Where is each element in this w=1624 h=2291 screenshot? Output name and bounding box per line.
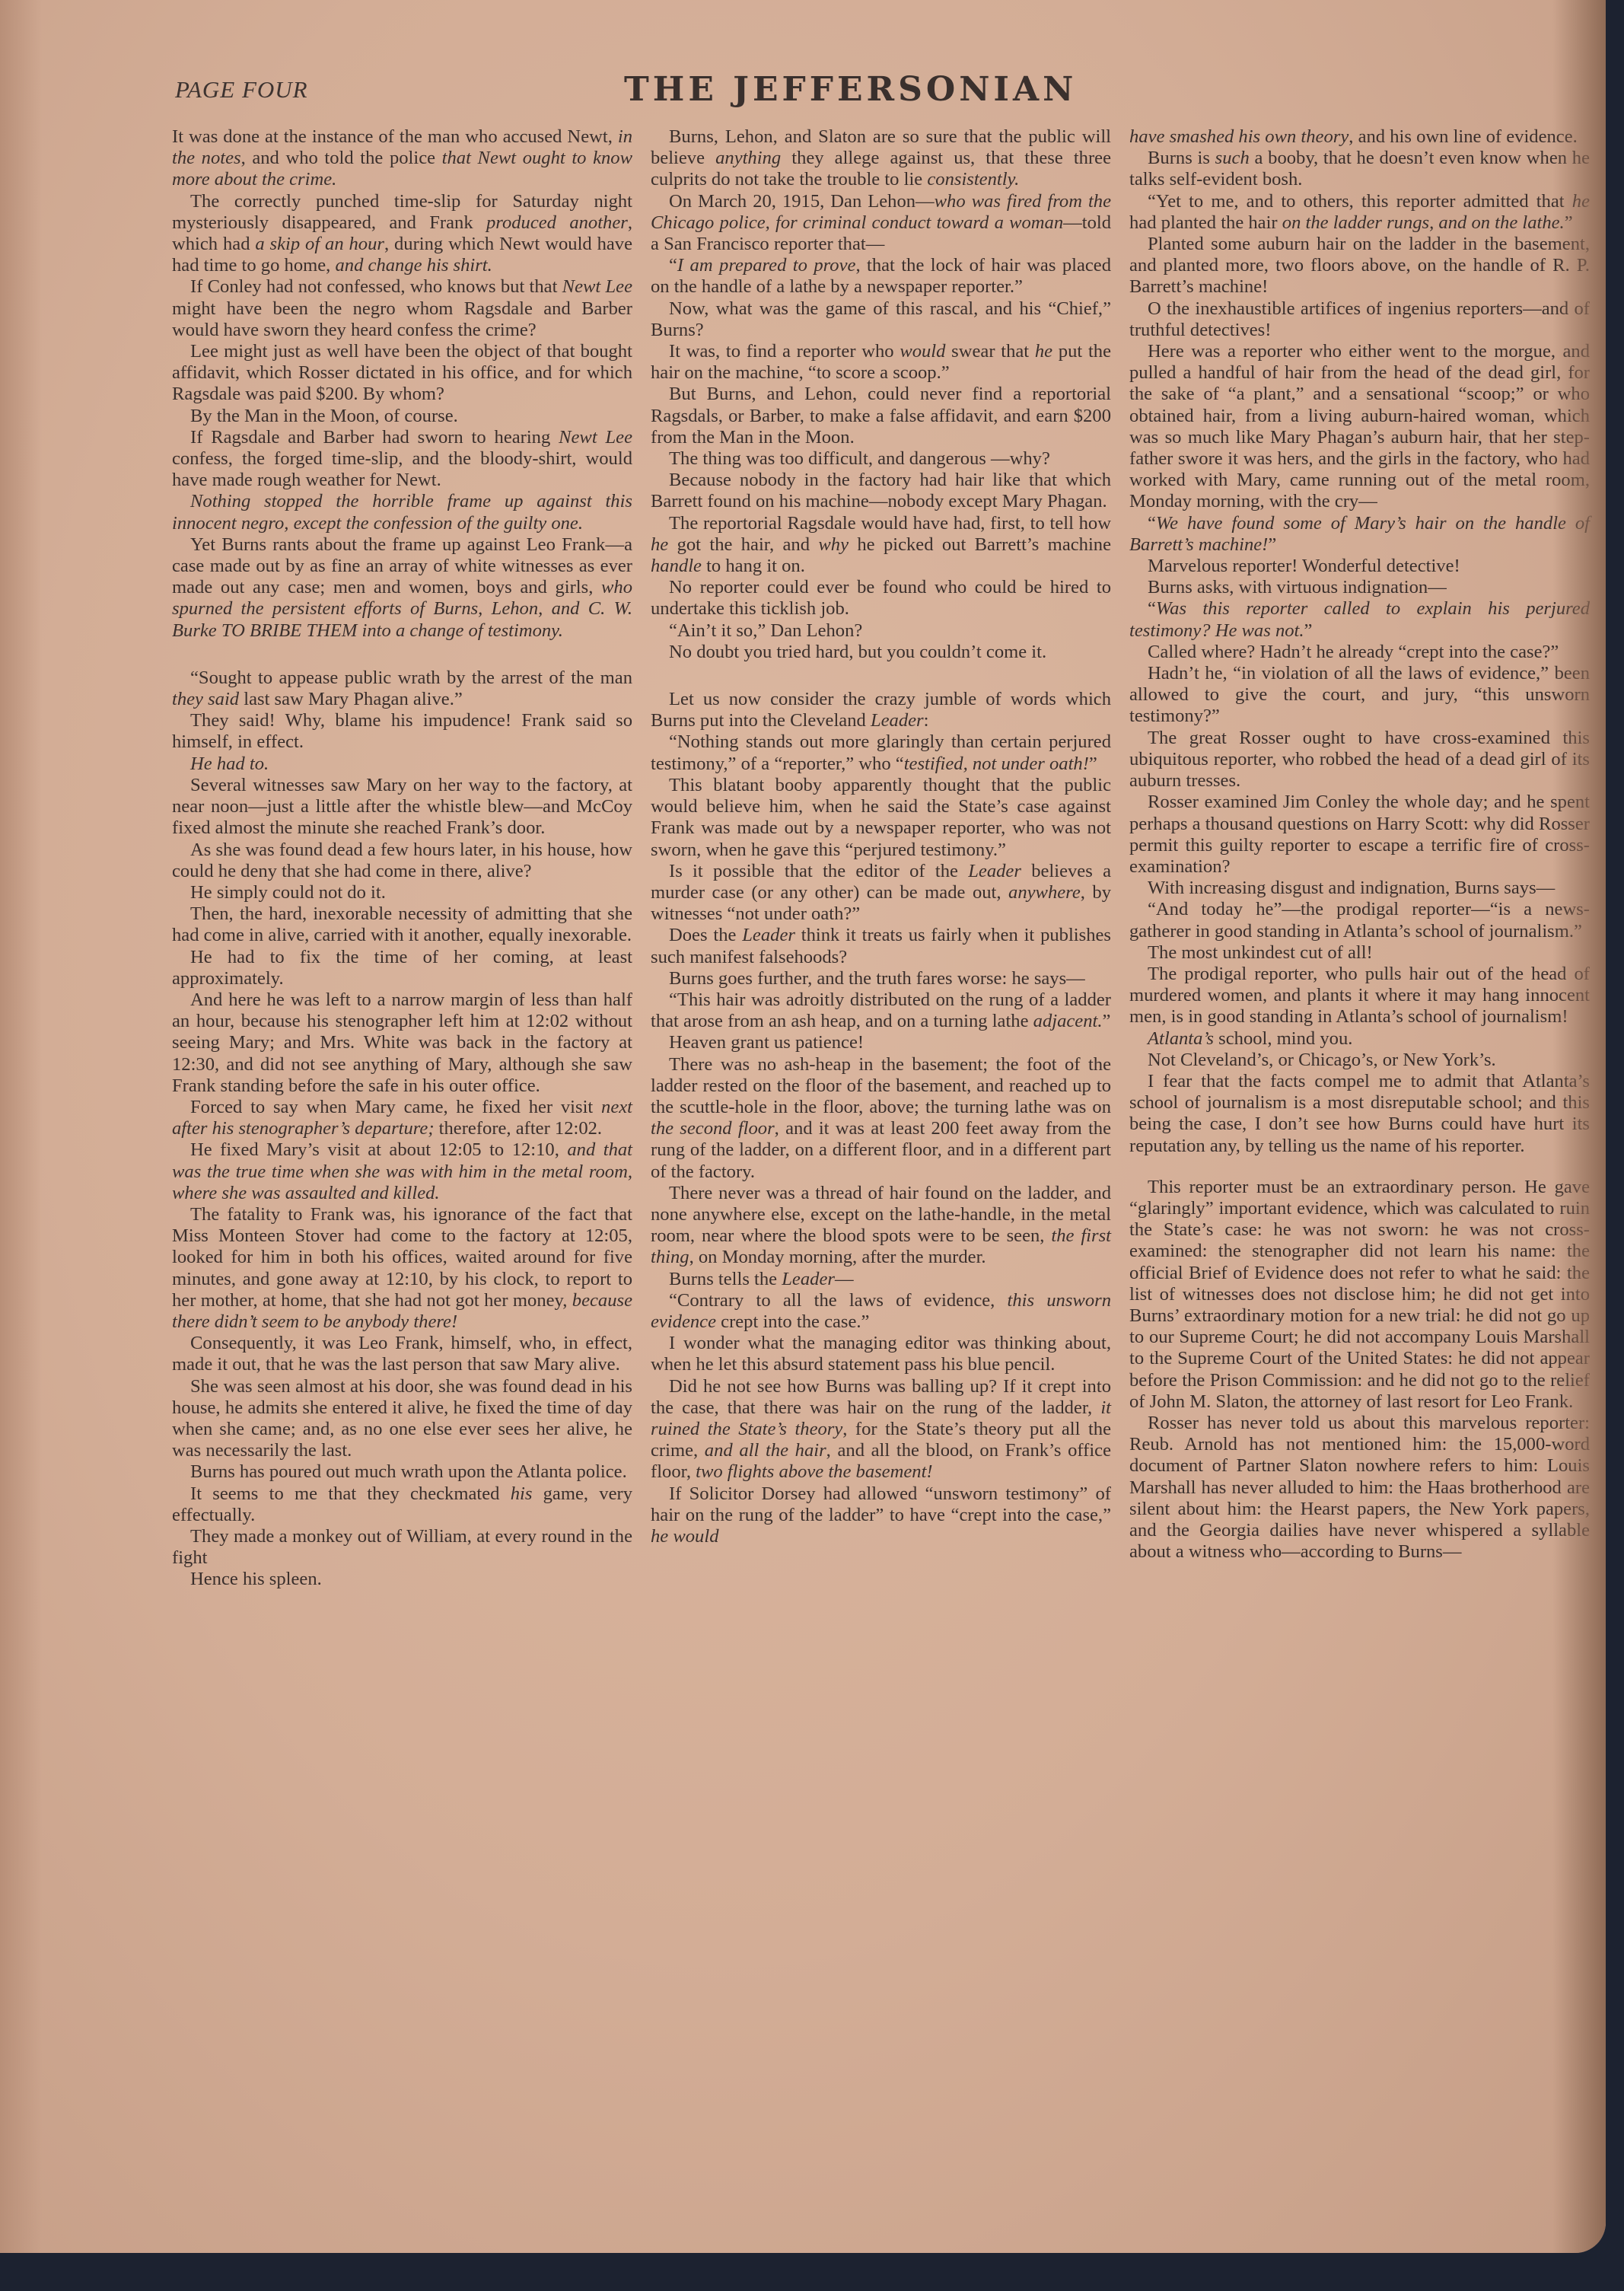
italic-text: Newt Lee bbox=[559, 427, 632, 448]
article-paragraph: He had to fix the time of her coming, at… bbox=[172, 947, 632, 989]
text-run: The fatality to Frank was, his ignorance… bbox=[172, 1204, 632, 1311]
article-paragraph: Because nobody in the factory had hair l… bbox=[651, 470, 1111, 512]
article-paragraph: “Yet to me, and to others, this reporter… bbox=[1129, 191, 1590, 234]
text-run: The great Rosser ought to have cross-exa… bbox=[1129, 728, 1590, 791]
italic-text: two flights above the basement! bbox=[696, 1461, 932, 1482]
article-paragraph: “Sought to appease public wrath by the a… bbox=[172, 668, 632, 710]
article-paragraph: They made a monkey out of William, at ev… bbox=[172, 1526, 632, 1569]
italic-text: the second floor bbox=[651, 1118, 775, 1139]
article-paragraph: Atlanta’s school, mind you. bbox=[1129, 1028, 1590, 1050]
article-paragraph: “Ain’t it so,” Dan Lehon? bbox=[651, 620, 1111, 642]
article-columns: It was done at the instance of the man w… bbox=[172, 126, 1603, 1591]
text-run: ” bbox=[1268, 534, 1276, 555]
article-paragraph: Did he not see how Burns was balling up?… bbox=[651, 1376, 1111, 1483]
text-run: On March 20, 1915, Dan Lehon— bbox=[669, 191, 935, 212]
italic-text: and all the hair bbox=[705, 1440, 826, 1461]
text-run: “Contrary to all the laws of evidence, bbox=[669, 1290, 1008, 1311]
article-paragraph: Yet Burns rants about the frame up again… bbox=[172, 534, 632, 642]
article-paragraph: She was seen almost at his door, she was… bbox=[172, 1376, 632, 1462]
italic-text: Leader bbox=[742, 925, 795, 945]
text-run: There was no ash-heap in the basement; t… bbox=[651, 1054, 1111, 1117]
text-run: It seems to me that they checkmated bbox=[190, 1483, 511, 1504]
text-run: last saw Mary Phagan alive.” bbox=[239, 689, 463, 709]
text-run: The prodigal reporter, who pulls hair ou… bbox=[1129, 964, 1590, 1027]
italic-text: produced another bbox=[486, 212, 628, 233]
text-run: Did he not see how Burns was balling up?… bbox=[651, 1376, 1111, 1418]
italic-text: such bbox=[1215, 148, 1250, 168]
text-run: Heaven grant us patience! bbox=[669, 1032, 864, 1053]
article-paragraph: Then, the hard, inexorable necessity of … bbox=[172, 903, 632, 946]
text-run: Is it possible that the editor of the bbox=[669, 861, 968, 881]
article-paragraph: Lee might just as well have been the obj… bbox=[172, 341, 632, 406]
text-run: , and who told the police bbox=[241, 148, 442, 168]
text-run: , on Monday morning, after the murder. bbox=[689, 1247, 986, 1267]
text-run: ” bbox=[1102, 1011, 1110, 1031]
italic-text: why bbox=[818, 534, 849, 555]
italic-text: and change his shirt. bbox=[335, 255, 492, 276]
text-run: “Ain’t it so,” Dan Lehon? bbox=[669, 620, 862, 641]
text-run: She was seen almost at his door, she was… bbox=[172, 1376, 632, 1461]
text-run: Forced to say when Mary came, he fixed h… bbox=[190, 1097, 601, 1117]
article-paragraph: The reportorial Ragsdale would have had,… bbox=[651, 513, 1111, 578]
masthead-title: THE JEFFERSONIAN bbox=[624, 70, 1077, 109]
newspaper-page: PAGE FOUR THE JEFFERSONIAN It was done a… bbox=[0, 0, 1606, 2253]
article-paragraph: Burns asks, with virtuous indignation— bbox=[1129, 577, 1590, 598]
text-run: Burns goes further, and the truth fares … bbox=[669, 968, 1085, 989]
article-paragraph: Now, what was the game of this rascal, a… bbox=[651, 298, 1111, 341]
article-paragraph: Marvelous reporter! Wonderful detective! bbox=[1129, 556, 1590, 577]
text-run: He had to fix the time of her coming, at… bbox=[172, 947, 632, 989]
article-paragraph: And here he was left to a narrow margin … bbox=[172, 989, 632, 1097]
text-run: Rosser has never told us about this marv… bbox=[1129, 1413, 1590, 1562]
text-run: I wonder what the managing editor was th… bbox=[651, 1333, 1111, 1375]
text-run: Burns is bbox=[1148, 148, 1215, 168]
italic-text: He had to. bbox=[190, 754, 269, 774]
text-run: If Solicitor Dorsey had allowed “unsworn… bbox=[651, 1483, 1111, 1525]
italic-text: Atlanta’s bbox=[1148, 1028, 1214, 1049]
text-run: Marvelous reporter! Wonderful detective! bbox=[1148, 556, 1460, 576]
text-run: Rosser examined Jim Conley the whole day… bbox=[1129, 792, 1590, 877]
italic-text: testified, not under oath! bbox=[904, 754, 1089, 774]
article-paragraph: Burns has poured out much wrath upon the… bbox=[172, 1461, 632, 1483]
article-paragraph: Rosser has never told us about this marv… bbox=[1129, 1413, 1590, 1563]
article-paragraph: “We have found some of Mary’s hair on th… bbox=[1129, 513, 1590, 556]
text-run: But Burns, and Lehon, could never find a… bbox=[651, 384, 1111, 447]
italic-text: adjacent. bbox=[1033, 1011, 1103, 1031]
article-paragraph: If Ragsdale and Barber had sworn to hear… bbox=[172, 427, 632, 492]
article-paragraph: have smashed his own theory, and his own… bbox=[1129, 126, 1590, 148]
text-run: He simply could not do it. bbox=[190, 882, 386, 903]
italic-text: a skip of an hour bbox=[255, 234, 384, 254]
column-3: have smashed his own theory, and his own… bbox=[1129, 126, 1590, 1591]
text-run: ” bbox=[1565, 212, 1573, 233]
italic-text: have smashed his own theory bbox=[1129, 126, 1349, 147]
text-run: therefore, after 12:02. bbox=[435, 1118, 603, 1139]
text-run: Hence his spleen. bbox=[190, 1569, 322, 1589]
article-paragraph: Not Cleveland’s, or Chicago’s, or New Yo… bbox=[1129, 1050, 1590, 1071]
italic-text: Leader bbox=[871, 710, 924, 731]
italic-text: he bbox=[1572, 191, 1590, 212]
italic-text: would bbox=[900, 341, 945, 362]
article-paragraph: There never was a thread of hair found o… bbox=[651, 1183, 1111, 1269]
text-run: As she was found dead a few hours later,… bbox=[172, 840, 632, 881]
article-paragraph: They said! Why, blame his impudence! Fra… bbox=[172, 710, 632, 753]
text-run: He fixed Mary’s visit at about 12:05 to … bbox=[190, 1139, 567, 1160]
article-paragraph: Forced to say when Mary came, he fixed h… bbox=[172, 1097, 632, 1139]
italic-text: I am prepared to prove bbox=[677, 255, 856, 276]
page-number-label: PAGE FOUR bbox=[175, 76, 308, 104]
article-paragraph: He fixed Mary’s visit at about 12:05 to … bbox=[172, 1139, 632, 1204]
text-run: No reporter could ever be found who coul… bbox=[651, 577, 1111, 619]
text-run: With increasing disgust and indignation,… bbox=[1148, 878, 1555, 898]
article-paragraph: Is it possible that the editor of the Le… bbox=[651, 861, 1111, 926]
article-paragraph: The fatality to Frank was, his ignorance… bbox=[172, 1204, 632, 1333]
text-run: “Yet to me, and to others, this reporter… bbox=[1148, 191, 1572, 212]
article-paragraph: Burns is such a booby, that he doesn’t e… bbox=[1129, 148, 1590, 190]
text-run: Yet Burns rants about the frame up again… bbox=[172, 534, 632, 597]
article-paragraph: Burns, Lehon, and Slaton are so sure tha… bbox=[651, 126, 1111, 191]
text-run: ” bbox=[1304, 620, 1313, 641]
text-run: “Sought to appease public wrath by the a… bbox=[190, 668, 632, 688]
article-paragraph: “Was this reporter called to explain his… bbox=[1129, 598, 1590, 641]
italic-text: anything bbox=[715, 148, 781, 168]
article-paragraph: “Contrary to all the laws of evidence, t… bbox=[651, 1290, 1111, 1333]
text-run: Burns tells the bbox=[669, 1269, 782, 1289]
italic-text: We have found some of Mary’s hair on the… bbox=[1129, 513, 1590, 555]
italic-text: Leader bbox=[968, 861, 1021, 881]
article-paragraph: This reporter must be an extraordinary p… bbox=[1129, 1177, 1590, 1413]
italic-text: consistently. bbox=[927, 169, 1019, 190]
text-run: They said! Why, blame his impudence! Fra… bbox=[172, 710, 632, 752]
article-paragraph: Nothing stopped the horrible frame up ag… bbox=[172, 491, 632, 534]
article-paragraph: As she was found dead a few hours later,… bbox=[172, 840, 632, 882]
text-run: By the Man in the Moon, of course. bbox=[190, 406, 458, 426]
text-run: Here was a reporter who either went to t… bbox=[1129, 341, 1590, 511]
article-paragraph: If Solicitor Dorsey had allowed “unsworn… bbox=[651, 1483, 1111, 1548]
text-run: This reporter must be an extraordinary p… bbox=[1129, 1177, 1590, 1412]
text-run: Burns has poured out much wrath upon the… bbox=[190, 1461, 627, 1482]
text-run: The most unkindest cut of all! bbox=[1148, 942, 1373, 963]
article-paragraph: Heaven grant us patience! bbox=[651, 1032, 1111, 1053]
article-paragraph: This blatant booby apparently thought th… bbox=[651, 775, 1111, 861]
article-paragraph: “I am prepared to prove, that the lock o… bbox=[651, 255, 1111, 298]
article-paragraph: I fear that the facts compel me to admit… bbox=[1129, 1071, 1590, 1157]
article-paragraph: With increasing disgust and indignation,… bbox=[1129, 878, 1590, 899]
italic-text: handle bbox=[651, 556, 702, 576]
italic-text: on the ladder rungs, and on the lathe. bbox=[1282, 212, 1565, 233]
article-paragraph: No doubt you tried hard, but you couldn’… bbox=[651, 642, 1111, 663]
text-run: swear that bbox=[945, 341, 1034, 362]
article-paragraph: Rosser examined Jim Conley the whole day… bbox=[1129, 792, 1590, 878]
article-paragraph: Several witnesses saw Mary on her way to… bbox=[172, 775, 632, 840]
italic-text: he bbox=[1035, 341, 1052, 362]
text-run: Planted some auburn hair on the ladder i… bbox=[1129, 234, 1590, 297]
article-paragraph: No reporter could ever be found who coul… bbox=[651, 577, 1111, 620]
article-paragraph: Planted some auburn hair on the ladder i… bbox=[1129, 234, 1590, 298]
text-run: No doubt you tried hard, but you couldn’… bbox=[669, 642, 1046, 662]
text-run: — bbox=[835, 1269, 854, 1289]
article-paragraph: “Nothing stands out more glaringly than … bbox=[651, 731, 1111, 774]
text-run: “ bbox=[669, 255, 677, 276]
text-run: might have been the negro whom Ragsdale … bbox=[172, 298, 632, 340]
text-run: Does the bbox=[669, 925, 742, 945]
article-paragraph: Called where? Hadn’t he already “crept i… bbox=[1129, 642, 1590, 663]
article-paragraph: Here was a reporter who either went to t… bbox=[1129, 341, 1590, 513]
italic-text: Leader bbox=[782, 1269, 835, 1289]
text-run: Not Cleveland’s, or Chicago’s, or New Yo… bbox=[1148, 1050, 1496, 1070]
article-paragraph: The thing was too difficult, and dangero… bbox=[651, 448, 1111, 470]
article-paragraph: He had to. bbox=[172, 754, 632, 775]
article-paragraph: I wonder what the managing editor was th… bbox=[651, 1333, 1111, 1375]
article-paragraph: Let us now consider the crazy jumble of … bbox=[651, 689, 1111, 731]
text-run: If Ragsdale and Barber had sworn to hear… bbox=[190, 427, 559, 448]
text-run: Consequently, it was Leo Frank, himself,… bbox=[172, 1333, 632, 1375]
page-header: PAGE FOUR THE JEFFERSONIAN bbox=[175, 70, 1545, 116]
text-run: got the hair, and bbox=[668, 534, 818, 555]
article-paragraph: The most unkindest cut of all! bbox=[1129, 942, 1590, 964]
text-run: to hang it on. bbox=[702, 556, 805, 576]
article-paragraph: Hence his spleen. bbox=[172, 1569, 632, 1590]
text-run: Burns asks, with virtuous indignation— bbox=[1148, 577, 1447, 597]
text-run: “And today he”—the prodigal reporter—“is… bbox=[1129, 899, 1590, 941]
text-run: confess, the forged time-slip, and the b… bbox=[172, 448, 632, 490]
text-run: Several witnesses saw Mary on her way to… bbox=[172, 775, 632, 838]
text-run: O the inexhaustible artifices of ingeniu… bbox=[1129, 298, 1590, 340]
text-run: Hadn’t he, “in violation of all the laws… bbox=[1129, 663, 1590, 726]
article-paragraph: Does the Leader think it treats us fairl… bbox=[651, 925, 1111, 967]
article-paragraph: The great Rosser ought to have cross-exa… bbox=[1129, 728, 1590, 792]
text-run: It was done at the instance of the man w… bbox=[172, 126, 618, 147]
text-run: Called where? Hadn’t he already “crept i… bbox=[1148, 642, 1559, 662]
text-run: There never was a thread of hair found o… bbox=[651, 1183, 1111, 1246]
article-paragraph: If Conley had not confessed, who knows b… bbox=[172, 276, 632, 341]
article-paragraph: He simply could not do it. bbox=[172, 882, 632, 903]
article-paragraph: O the inexhaustible artifices of ingeniu… bbox=[1129, 298, 1590, 341]
text-run: , and his own line of evidence. bbox=[1349, 126, 1578, 147]
text-run: And here he was left to a narrow margin … bbox=[172, 989, 632, 1096]
article-paragraph: But Burns, and Lehon, could never find a… bbox=[651, 384, 1111, 448]
text-run: school, mind you. bbox=[1214, 1028, 1352, 1049]
text-run: Then, the hard, inexorable necessity of … bbox=[172, 903, 632, 945]
article-paragraph: “And today he”—the prodigal reporter—“is… bbox=[1129, 899, 1590, 942]
text-run: The reportorial Ragsdale would have had,… bbox=[669, 513, 1111, 534]
article-paragraph: There was no ash-heap in the basement; t… bbox=[651, 1054, 1111, 1183]
article-paragraph: On March 20, 1915, Dan Lehon—who was fir… bbox=[651, 191, 1111, 256]
article-paragraph: It seems to me that they checkmated his … bbox=[172, 1483, 632, 1526]
text-run: If Conley had not confessed, who knows b… bbox=[190, 276, 562, 297]
text-run: It was, to find a reporter who bbox=[669, 341, 900, 362]
italic-text: they said bbox=[172, 689, 239, 709]
article-paragraph: Consequently, it was Leo Frank, himself,… bbox=[172, 1333, 632, 1375]
italic-text: Newt Lee bbox=[562, 276, 632, 297]
text-run: he picked out Barrett’s machine bbox=[849, 534, 1111, 555]
text-run: Because nobody in the factory had hair l… bbox=[651, 470, 1111, 511]
article-paragraph: It was done at the instance of the man w… bbox=[172, 126, 632, 191]
article-paragraph: The prodigal reporter, who pulls hair ou… bbox=[1129, 964, 1590, 1028]
article-paragraph: Hadn’t he, “in violation of all the laws… bbox=[1129, 663, 1590, 728]
text-run: The thing was too difficult, and dangero… bbox=[669, 448, 1050, 469]
article-paragraph: The correctly punched time-slip for Satu… bbox=[172, 191, 632, 277]
column-2: Burns, Lehon, and Slaton are so sure tha… bbox=[651, 126, 1111, 1591]
italic-text: anywhere bbox=[1008, 882, 1081, 903]
text-run: crept into the case.” bbox=[716, 1311, 869, 1332]
italic-text: he bbox=[651, 534, 668, 555]
text-run: They made a monkey out of William, at ev… bbox=[172, 1526, 632, 1568]
text-run: “ bbox=[1148, 513, 1156, 534]
italic-text: his bbox=[511, 1483, 533, 1504]
article-paragraph: It was, to find a reporter who would swe… bbox=[651, 341, 1111, 384]
text-run: ” bbox=[1089, 754, 1097, 774]
article-paragraph: By the Man in the Moon, of course. bbox=[172, 406, 632, 427]
text-run: had planted the hair bbox=[1129, 212, 1282, 233]
column-1: It was done at the instance of the man w… bbox=[172, 126, 632, 1591]
italic-text: Nothing stopped the horrible frame up ag… bbox=[172, 491, 632, 533]
text-run: I fear that the facts compel me to admit… bbox=[1129, 1071, 1590, 1156]
article-paragraph: Burns tells the Leader— bbox=[651, 1269, 1111, 1290]
text-run: “ bbox=[1148, 598, 1156, 619]
text-run: Now, what was the game of this rascal, a… bbox=[651, 298, 1111, 340]
text-run: : bbox=[924, 710, 929, 731]
text-run: Lee might just as well have been the obj… bbox=[172, 341, 632, 404]
article-paragraph: “This hair was adroitly distributed on t… bbox=[651, 989, 1111, 1032]
text-run: This blatant booby apparently thought th… bbox=[651, 775, 1111, 860]
article-paragraph: Burns goes further, and the truth fares … bbox=[651, 968, 1111, 989]
italic-text: Was this reporter called to explain his … bbox=[1129, 598, 1590, 640]
italic-text: he would bbox=[651, 1526, 719, 1547]
